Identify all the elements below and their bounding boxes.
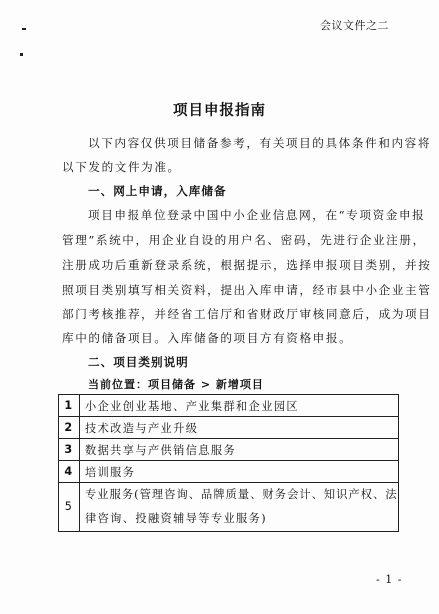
category-label: 数据共享与产供销信息服务 (80, 439, 399, 461)
scan-mark (22, 28, 26, 30)
category-number: 1 (59, 395, 80, 417)
breadcrumb: 当前位置：项目储备 > 新增项目 (88, 376, 264, 392)
category-label: 培训服务 (80, 461, 399, 483)
table-row: 1 小企业创业基地、产业集群和企业园区 (59, 395, 399, 417)
page-number: - 1 - (376, 573, 402, 586)
category-number: 3 (59, 439, 80, 461)
table-row: 5 专业服务(管理咨询、品牌质量、财务会计、知识产权、法 律咨询、投融资辅导等专… (59, 483, 399, 532)
category-table: 1 小企业创业基地、产业集群和企业园区 2 技术改造与产业升级 3 数据共享与产… (58, 394, 399, 532)
table-row: 2 技术改造与产业升级 (59, 417, 399, 439)
paragraph-line: 管理”系统中，用企业自设的用户名、密码，先进行企业注册， (62, 232, 426, 248)
section-heading-1: 一、网上申请，入库储备 (88, 183, 227, 199)
category-label: 专业服务(管理咨询、品牌质量、财务会计、知识产权、法 律咨询、投融资辅导等专业服… (80, 483, 399, 532)
category-number: 5 (59, 483, 80, 532)
scan-mark (20, 53, 23, 56)
category-label-line: 专业服务(管理咨询、品牌质量、财务会计、知识产权、法 (85, 483, 398, 507)
paragraph-line: 照项目类别填写相关资料，提出入库申请，经市县中小企业主管 (62, 282, 431, 298)
category-number: 4 (59, 461, 80, 483)
intro-line-1: 以下内容仅供项目储备参考，有关项目的具体条件和内容将 (88, 135, 431, 151)
category-label: 技术改造与产业升级 (80, 417, 399, 439)
section-heading-2: 二、项目类别说明 (88, 354, 189, 370)
document-label: 会议文件之二 (320, 17, 389, 33)
paragraph-line: 部门考核推荐，并经省工信厅和省财政厅审核同意后，成为项目 (62, 306, 431, 322)
document-title: 项目申报指南 (0, 99, 439, 120)
paragraph-line: 注册成功后重新登录系统，根据提示，选择申报项目类别，并按 (62, 257, 431, 273)
paragraph-line: 项目申报单位登录中国中小企业信息网，在“专项资金申报 (88, 207, 425, 223)
category-label-line: 律咨询、投融资辅导等专业服务) (85, 507, 398, 531)
category-number: 2 (59, 417, 80, 439)
paragraph-line: 库中的储备项目。入库储备的项目方有资格申报。 (62, 330, 352, 346)
category-label: 小企业创业基地、产业集群和企业园区 (80, 395, 399, 417)
table-row: 4 培训服务 (59, 461, 399, 483)
intro-line-2: 以下发的文件为准。 (62, 159, 181, 175)
table-row: 3 数据共享与产供销信息服务 (59, 439, 399, 461)
